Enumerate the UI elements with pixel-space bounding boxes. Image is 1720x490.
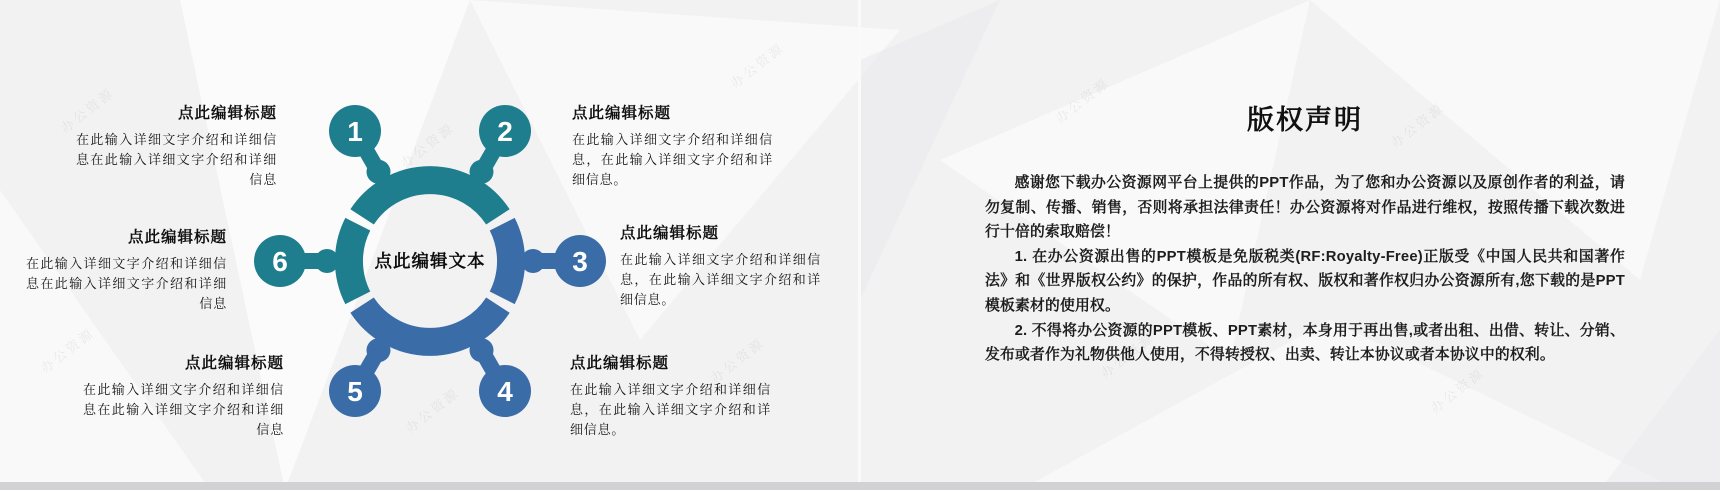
bottom-strip <box>0 482 1720 490</box>
item-body: 在此输入详细文字介绍和详细信息在此输入详细文字介绍和详细信息 <box>76 130 277 190</box>
item-block-6: 点此编辑标题 在此输入详细文字介绍和详细信息在此输入详细文字介绍和详细信息 <box>26 228 227 314</box>
item-body: 在此输入详细文字介绍和详细信息，在此输入详细文字介绍和详细信息。 <box>572 130 773 190</box>
node-number-2: 2 <box>497 116 513 147</box>
item-title: 点此编辑标题 <box>570 354 771 374</box>
item-body: 在此输入详细文字介绍和详细信息，在此输入详细文字介绍和详细信息。 <box>620 250 821 310</box>
diagram-center-label: 点此编辑文本 <box>324 246 536 276</box>
spoke-bump-4 <box>470 338 494 362</box>
node-number-6: 6 <box>272 246 288 277</box>
item-title: 点此编辑标题 <box>83 354 284 374</box>
spoke-bump-1 <box>367 160 391 184</box>
item-block-3: 点此编辑标题 在此输入详细文字介绍和详细信息，在此输入详细文字介绍和详细信息。 <box>620 224 821 310</box>
item-title: 点此编辑标题 <box>572 104 773 124</box>
copyright-paragraph: 2. 不得将办公资源的PPT模板、PPT素材，本身用于再出售,或者出租、出借、转… <box>985 319 1625 368</box>
slide-divider <box>858 0 861 490</box>
node-number-1: 1 <box>347 116 363 147</box>
item-block-2: 点此编辑标题 在此输入详细文字介绍和详细信息，在此输入详细文字介绍和详细信息。 <box>572 104 773 190</box>
item-title: 点此编辑标题 <box>620 224 821 244</box>
copyright-title: 版权声明 <box>985 103 1625 137</box>
copyright-paragraph: 1. 在办公资源出售的PPT模板是免版税类(RF:Royalty-Free)正版… <box>985 245 1625 319</box>
item-body: 在此输入详细文字介绍和详细信息在此输入详细文字介绍和详细信息 <box>83 380 284 440</box>
node-number-3: 3 <box>572 246 588 277</box>
slide-diagram-preview[interactable]: 1 2 3 4 5 6 点此编辑文本 点此编辑标题 在此输入详细文字介绍和详细信… <box>0 0 860 490</box>
item-title: 点此编辑标题 <box>26 228 227 248</box>
item-body: 在此输入详细文字介绍和详细信息在此输入详细文字介绍和详细信息 <box>26 254 227 314</box>
item-title: 点此编辑标题 <box>76 104 277 124</box>
template-preview-stage: 办公资源 办公资源 办公资源 办公资源 办公资源 办公资源 办公资源 办公资源 … <box>0 0 1720 490</box>
copyright-block: 版权声明 感谢您下载办公资源网平台上提供的PPT作品，为了您和办公资源以及原创作… <box>985 103 1625 368</box>
spoke-bump-2 <box>470 160 494 184</box>
item-block-5: 点此编辑标题 在此输入详细文字介绍和详细信息在此输入详细文字介绍和详细信息 <box>83 354 284 440</box>
spoke-bump-5 <box>367 338 391 362</box>
item-block-4: 点此编辑标题 在此输入详细文字介绍和详细信息，在此输入详细文字介绍和详细信息。 <box>570 354 771 440</box>
item-block-1: 点此编辑标题 在此输入详细文字介绍和详细信息在此输入详细文字介绍和详细信息 <box>76 104 277 190</box>
copyright-paragraph: 感谢您下载办公资源网平台上提供的PPT作品，为了您和办公资源以及原创作者的利益，… <box>985 171 1625 245</box>
node-number-5: 5 <box>347 376 363 407</box>
item-body: 在此输入详细文字介绍和详细信息，在此输入详细文字介绍和详细信息。 <box>570 380 771 440</box>
node-number-4: 4 <box>497 376 513 407</box>
